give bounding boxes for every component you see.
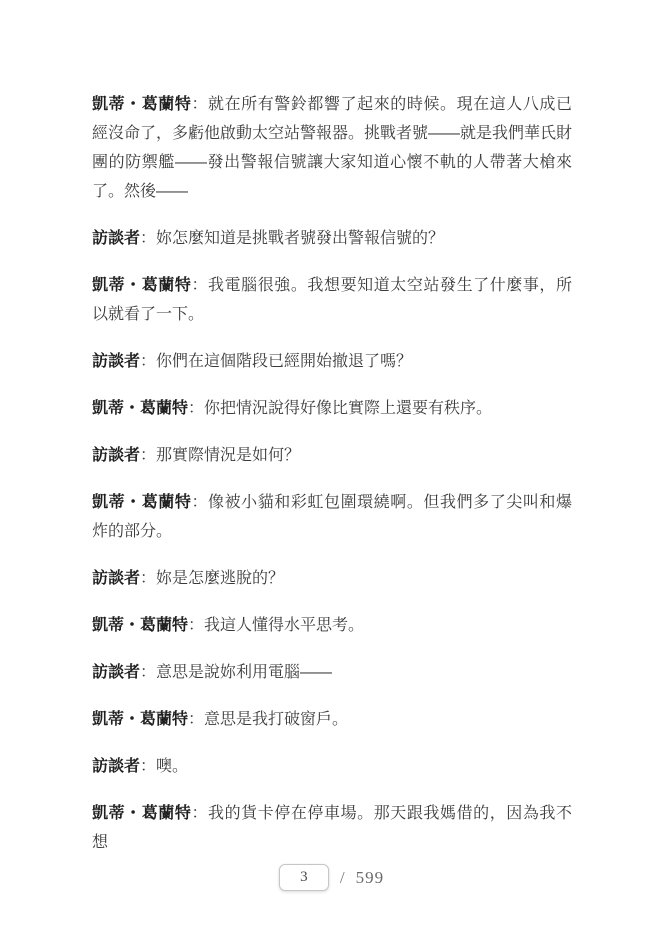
dialogue-text: ：你們在這個階段已經開始撤退了嗎？: [140, 353, 412, 370]
page-separator: /: [340, 868, 345, 888]
speaker-name: 訪談者: [92, 758, 140, 775]
speaker-name: 凱蒂・葛蘭特: [92, 96, 191, 113]
page-total-count: 599: [356, 868, 385, 888]
dialogue-paragraph: 訪談者：妳是怎麼逃脫的？: [92, 564, 572, 593]
speaker-name: 凱蒂・葛蘭特: [92, 494, 191, 511]
dialogue-paragraph: 訪談者：意思是說妳利用電腦——: [92, 658, 572, 687]
speaker-name: 訪談者: [92, 447, 140, 464]
dialogue-paragraph: 訪談者：你們在這個階段已經開始撤退了嗎？: [92, 347, 572, 376]
dialogue-paragraph: 凱蒂・葛蘭特：我的貨卡停在停車場。那天跟我媽借的，因為我不想: [92, 799, 572, 857]
dialogue-text: ：我這人懂得水平思考。: [188, 617, 364, 634]
dialogue-paragraph: 凱蒂・葛蘭特：意思是我打破窗戶。: [92, 705, 572, 734]
speaker-name: 凱蒂・葛蘭特: [92, 711, 188, 728]
dialogue-paragraph: 訪談者：妳怎麼知道是挑戰者號發出警報信號的？: [92, 224, 572, 253]
dialogue-text: ：妳是怎麼逃脫的？: [140, 570, 284, 587]
dialogue-paragraph: 凱蒂・葛蘭特：我這人懂得水平思考。: [92, 611, 572, 640]
dialogue-text: ：噢。: [140, 758, 188, 775]
speaker-name: 訪談者: [92, 353, 140, 370]
dialogue-paragraph: 凱蒂・葛蘭特：就在所有警鈴都響了起來的時候。現在這人八成已經沒命了，多虧他啟動太…: [92, 90, 572, 206]
dialogue-text: ：意思是我打破窗戶。: [188, 711, 348, 728]
speaker-name: 凱蒂・葛蘭特: [92, 277, 191, 294]
dialogue-text: ：妳怎麼知道是挑戰者號發出警報信號的？: [140, 230, 444, 247]
dialogue-paragraph: 訪談者：噢。: [92, 752, 572, 781]
pagination: / 599: [0, 864, 663, 891]
dialogue-paragraph: 凱蒂・葛蘭特：我電腦很強。我想要知道太空站發生了什麼事，所以就看了一下。: [92, 271, 572, 329]
dialogue-paragraph: 凱蒂・葛蘭特：像被小貓和彩虹包圍環繞啊。但我們多了尖叫和爆炸的部分。: [92, 488, 572, 546]
speaker-name: 訪談者: [92, 664, 140, 681]
speaker-name: 凱蒂・葛蘭特: [92, 400, 188, 417]
dialogue-text: ：意思是說妳利用電腦——: [140, 664, 332, 681]
speaker-name: 訪談者: [92, 570, 140, 587]
speaker-name: 凱蒂・葛蘭特: [92, 805, 191, 822]
dialogue-paragraph: 凱蒂・葛蘭特：你把情況說得好像比實際上還要有秩序。: [92, 394, 572, 423]
dialogue-text: ：那實際情況是如何？: [140, 447, 300, 464]
dialogue-text: ：你把情況說得好像比實際上還要有秩序。: [188, 400, 492, 417]
book-page: 凱蒂・葛蘭特：就在所有警鈴都響了起來的時候。現在這人八成已經沒命了，多虧他啟動太…: [92, 90, 572, 875]
page-number-input[interactable]: [279, 864, 329, 891]
dialogue-paragraph: 訪談者：那實際情況是如何？: [92, 441, 572, 470]
speaker-name: 凱蒂・葛蘭特: [92, 617, 188, 634]
speaker-name: 訪談者: [92, 230, 140, 247]
